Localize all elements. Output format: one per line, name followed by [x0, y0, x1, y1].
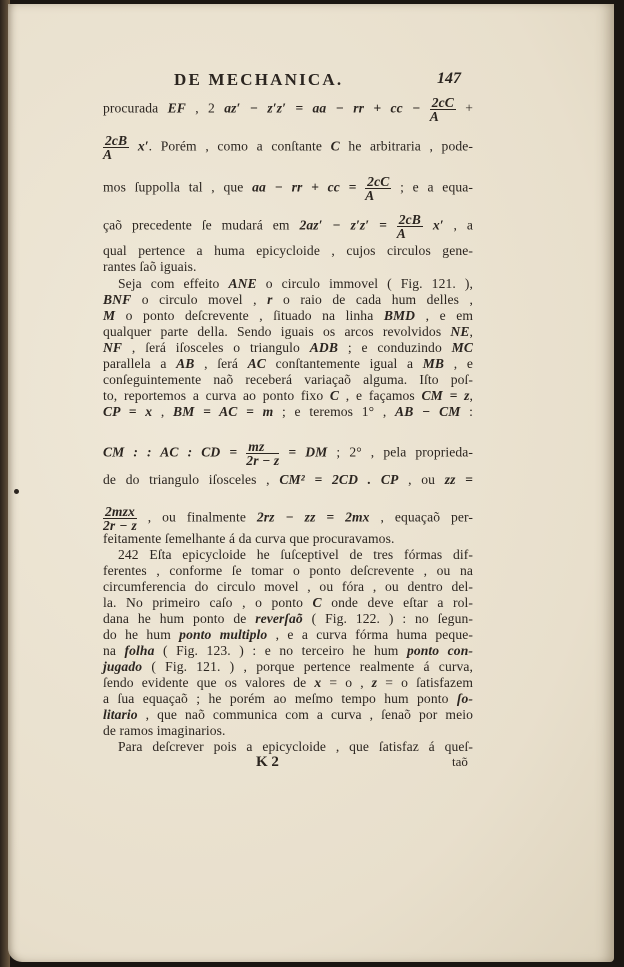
page-number: 147: [437, 70, 461, 88]
text-line: ferentes , conforme ſe tomar o ponto deſ…: [103, 563, 473, 579]
text-line: Para deſcrever pois a epicycloide , que …: [118, 739, 473, 755]
text-line: 2cBA x′. Porém , como a conſtante C he a…: [103, 134, 473, 161]
text-line: mos ſuppolla tal , que aa − rr + cc = 2c…: [103, 175, 473, 202]
text-line: 2mzx2r − z , ou finalmente 2rz − zz = 2m…: [103, 505, 473, 532]
ink-speck: [14, 489, 19, 494]
catchword: taõ: [452, 754, 468, 770]
text-line: a ſua equaçaõ ; he porém ao meſmo tempo …: [103, 691, 473, 707]
text-line: de ramos imaginarios.: [103, 723, 473, 739]
text-line: rantes ſaõ iguais.: [103, 259, 473, 275]
text-line: conſeguintemente naõ receberá variaçaõ a…: [103, 372, 473, 388]
text-line: de do triangulo iſosceles , CM² = 2CD . …: [103, 472, 473, 488]
page-text: DE MECHANICA. 147 procurada EF , 2 az′ −…: [0, 0, 624, 967]
text-line: na folha ( Fig. 123. ) : e no terceiro h…: [103, 643, 473, 659]
text-line: NF , ſerá iſosceles o triangulo ADB ; e …: [103, 340, 473, 356]
fraction: 2mzx2r − z: [103, 505, 137, 532]
text-line: çaõ precedente ſe mudará em 2az′ − z′z′ …: [103, 213, 473, 240]
text-line: BNF o circulo movel , r o raio de cada h…: [103, 292, 473, 308]
text-line: do he hum ponto multiplo , e a curva fór…: [103, 627, 473, 643]
text-line: procurada EF , 2 az′ − z′z′ = aa − rr + …: [103, 96, 473, 123]
fraction: 2cCA: [365, 175, 391, 202]
text-line: qual pertence a huma epicycloide , cujos…: [103, 243, 473, 259]
text-line: circumferencia do circulo movel , ou fór…: [103, 579, 473, 595]
fraction: mz2r − z: [246, 440, 279, 467]
text-line: feitamente ſemelhante á da curva que pro…: [103, 531, 473, 547]
running-head: DE MECHANICA.: [174, 70, 343, 90]
text-line: Seja com effeito ANE o circulo immovel (…: [118, 276, 473, 292]
fraction: 2cBA: [103, 134, 129, 161]
text-line: CP = x , BM = AC = m ; e teremos 1° , AB…: [103, 404, 473, 420]
signature-mark: K 2: [256, 754, 279, 771]
text-line: ſendo evidente que os valores de x = o ,…: [103, 675, 473, 691]
text-line: M o ponto deſcrevente , ſituado na linha…: [103, 308, 473, 324]
fraction: 2cBA: [397, 213, 423, 240]
text-line: qualquer parte della. Sendo iguais os ar…: [103, 324, 473, 340]
text-line: CM : : AC : CD = mz2r − z = DM ; 2° , pe…: [103, 440, 473, 467]
text-line: jugado ( Fig. 121. ) , porque pertence r…: [103, 659, 473, 675]
text-line: parallela a AB , ſerá AC conſtantemente …: [103, 356, 473, 372]
text-line: la. No primeiro caſo , o ponto C onde de…: [103, 595, 473, 611]
text-line: dana he hum ponto de reverſaõ ( Fig. 122…: [103, 611, 473, 627]
fraction: 2cCA: [430, 96, 456, 123]
text-line: litario , que naõ communica com a curva …: [103, 707, 473, 723]
text-line: 242 Eſta epicycloide he ſuſceptivel de t…: [118, 547, 473, 563]
text-line: to, reportemos a curva ao ponto fixo C ,…: [103, 388, 473, 404]
